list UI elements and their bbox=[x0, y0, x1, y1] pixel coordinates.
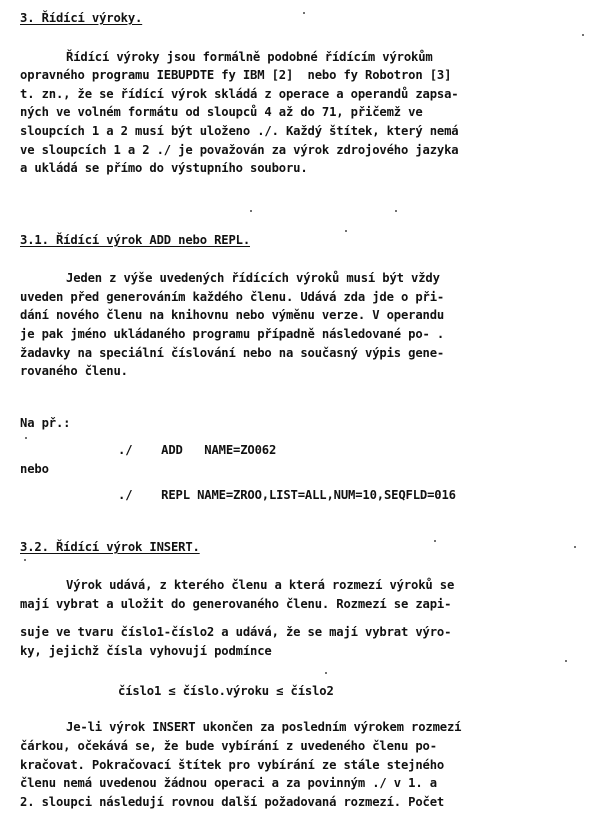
scan-speck bbox=[582, 34, 584, 36]
scan-speck bbox=[434, 540, 436, 542]
section-3-1-text-line: dání nového členu na knihovnu nebo výměn… bbox=[20, 307, 444, 323]
or-label: nebo bbox=[20, 461, 49, 477]
section-3-2-text-line: Výrok udává, z kterého členu a která roz… bbox=[66, 577, 454, 593]
section-3-2-text-line-2: 2. sloupci následují rovnou další požado… bbox=[20, 794, 444, 810]
section-3-text-line: sloupcích 1 a 2 musí být uloženo ./. Kaž… bbox=[20, 123, 458, 139]
section-3-2-text-line-2: členu nemá uvedenou žádnou operaci a za … bbox=[20, 775, 437, 791]
section-3-text-line: t. zn., že se řídící výrok skládá z oper… bbox=[20, 86, 458, 102]
section-3-1-text-line: žadavky na speciální číslování nebo na s… bbox=[20, 345, 444, 361]
scan-speck bbox=[565, 660, 567, 662]
scan-speck bbox=[395, 210, 397, 212]
section-3-2-heading: 3.2. Řídící výrok INSERT. bbox=[20, 539, 200, 555]
section-3-text-line: ných ve volném formátu od sloupců 4 až d… bbox=[20, 104, 423, 120]
section-3-1-text-line: uveden před generováním každého členu. U… bbox=[20, 289, 444, 305]
section-3-2-text-line-2: Je-li výrok INSERT ukončen za posledním … bbox=[66, 719, 461, 735]
section-3-1-text-line: rovaného členu. bbox=[20, 363, 128, 379]
section-3-text-line: ve sloupcích 1 a 2 ./ je považován za vý… bbox=[20, 142, 458, 158]
section-3-1-heading: 3.1. Řídící výrok ADD nebo REPL. bbox=[20, 232, 250, 248]
scan-speck bbox=[325, 672, 327, 674]
section-3-2-text-line-2: čárkou, očekává se, že bude vybírání z u… bbox=[20, 738, 437, 754]
scan-speck bbox=[303, 12, 305, 14]
section-3-2-text-line: suje ve tvaru číslo1-číslo2 a udává, že … bbox=[20, 624, 451, 640]
section-3-2-text-line-2: kračovat. Pokračovací štítek pro vybírán… bbox=[20, 757, 444, 773]
section-3-1-text-line: je pak jméno ukládaného programu případn… bbox=[20, 326, 444, 342]
section-3-1-text-line: Jeden z výše uvedených řídících výroků m… bbox=[66, 270, 440, 286]
scan-speck bbox=[250, 210, 252, 212]
scan-speck bbox=[24, 559, 26, 561]
condition-formula: číslo1 ≤ číslo.výroku ≤ číslo2 bbox=[118, 683, 334, 699]
scan-speck bbox=[25, 437, 27, 439]
section-3-text-line: Řídící výroky jsou formálně podobné řídí… bbox=[66, 49, 433, 65]
example-add-statement: ./ ADD NAME=ZO062 bbox=[118, 442, 276, 458]
section-3-text-line: a ukládá se přímo do výstupního souboru. bbox=[20, 160, 308, 176]
example-repl-statement: ./ REPL NAME=ZROO,LIST=ALL,NUM=10,SEQFLD… bbox=[118, 487, 456, 503]
section-3-2-text-line: ky, jejichž čísla vyhovují podmínce bbox=[20, 643, 272, 659]
example-label: Na př.: bbox=[20, 415, 70, 431]
section-3-text-line: opravného programu IEBUPDTE fy IBM [2] n… bbox=[20, 67, 451, 83]
scan-speck bbox=[574, 546, 576, 548]
section-3-2-text-line: mají vybrat a uložit do generovaného čle… bbox=[20, 596, 451, 612]
section-3-heading: 3. Řídící výroky. bbox=[20, 10, 142, 26]
scan-speck bbox=[345, 230, 347, 232]
typewritten-page: 3. Řídící výroky. Řídící výroky jsou for… bbox=[0, 0, 595, 837]
